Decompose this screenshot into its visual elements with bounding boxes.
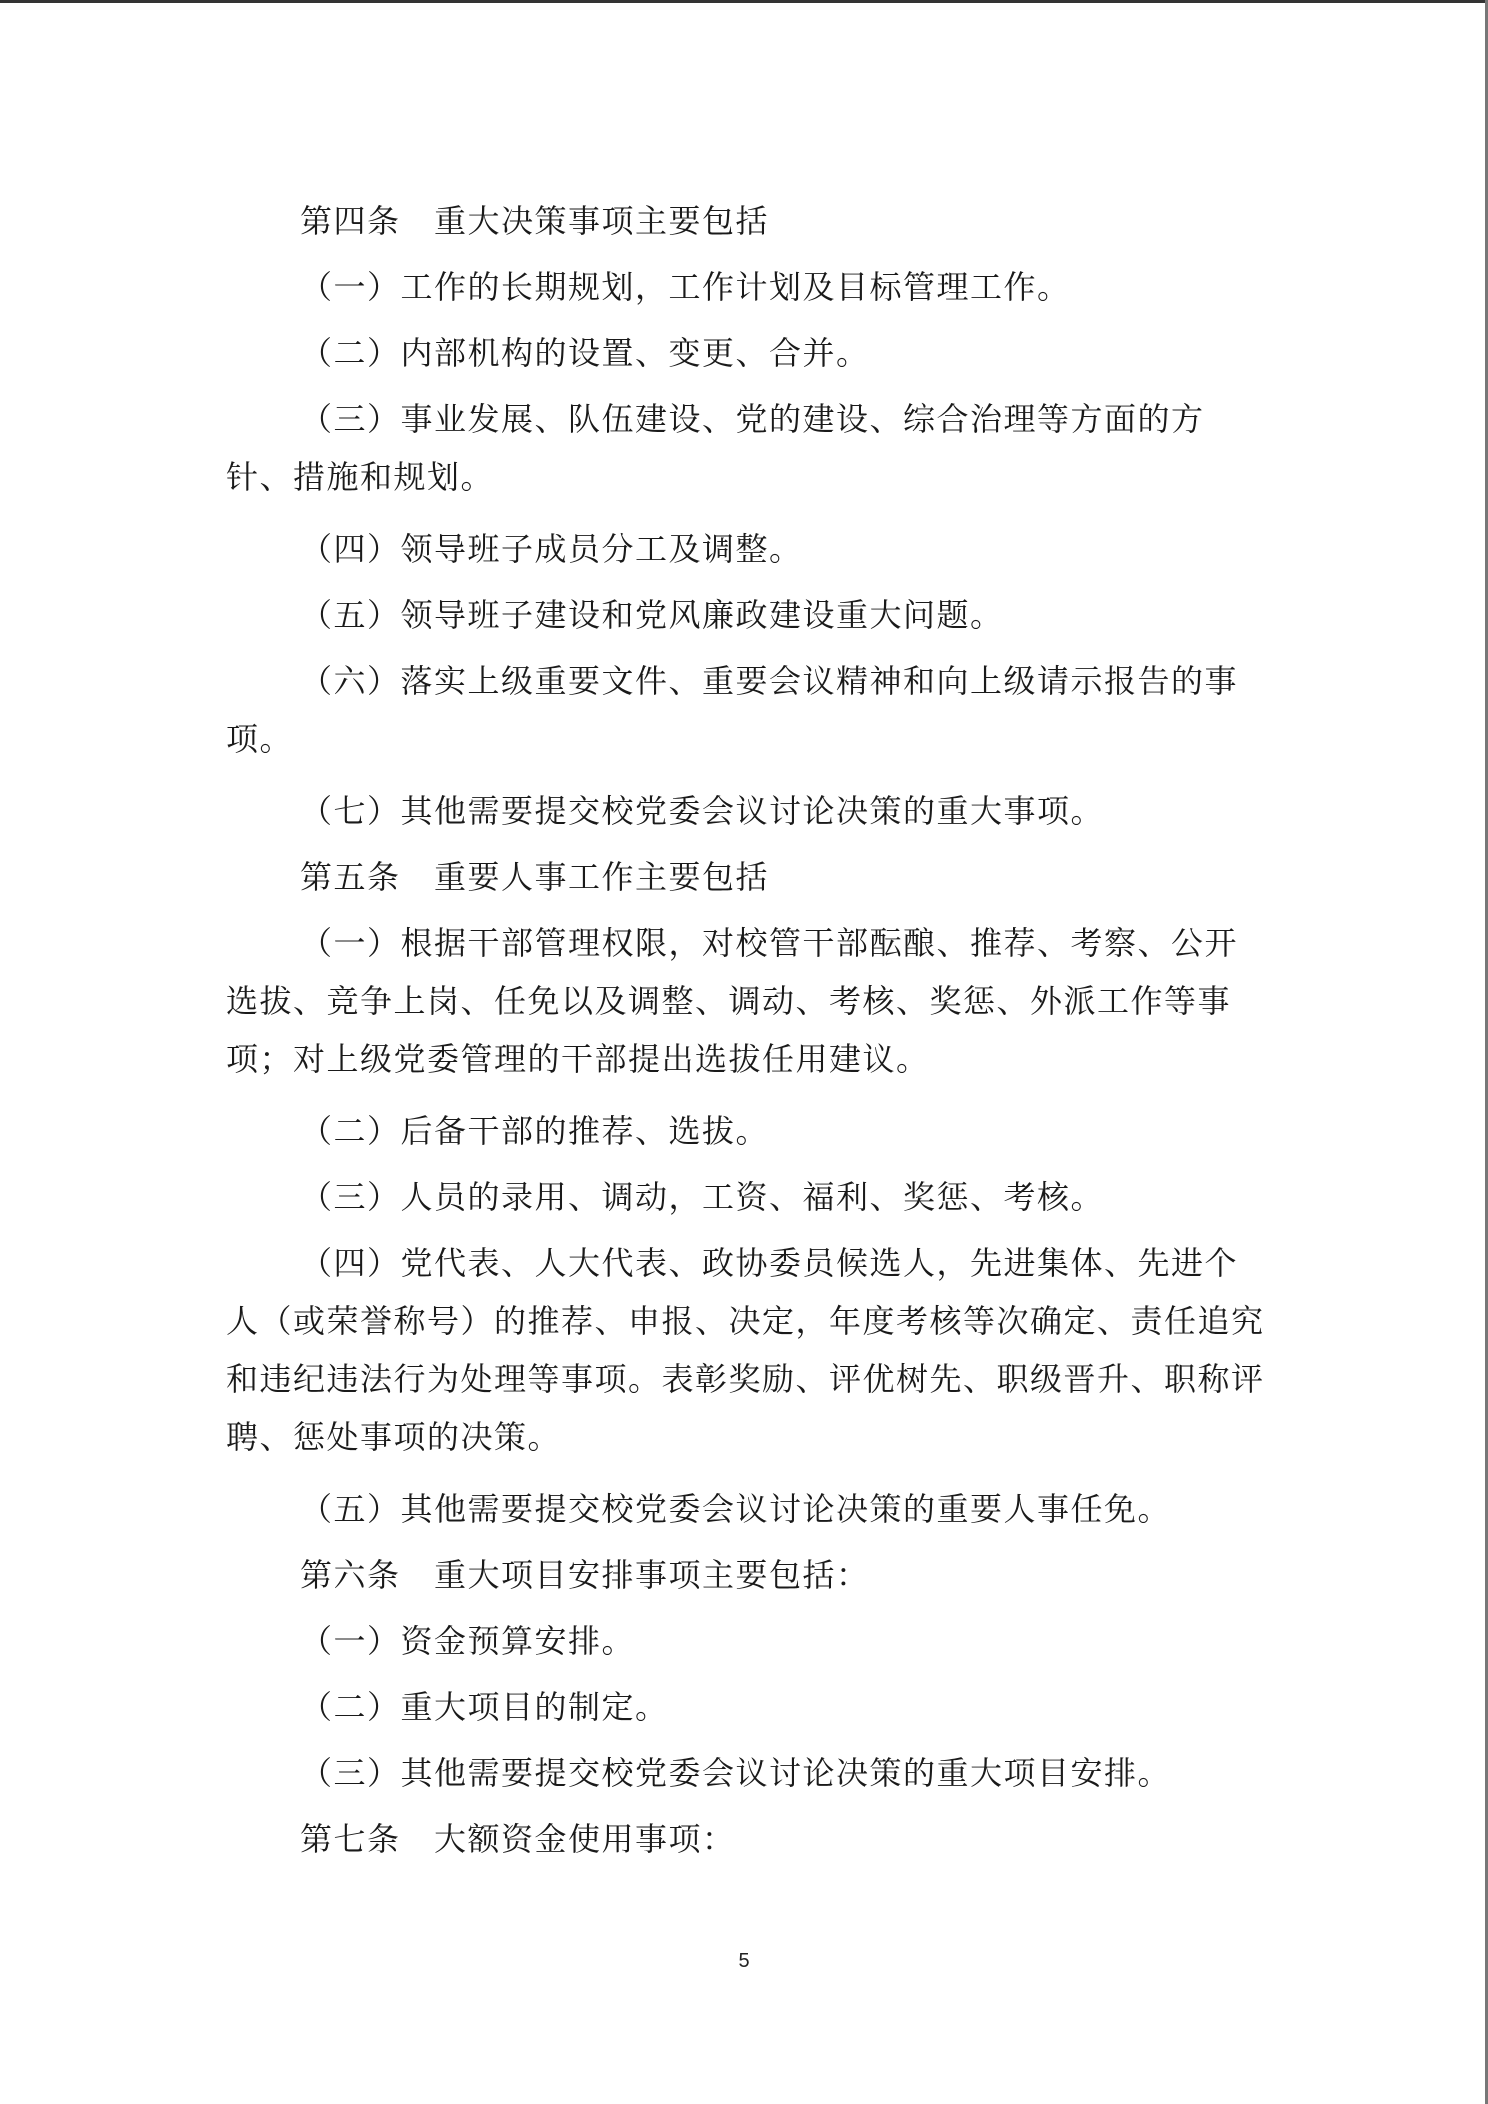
article-5-item-2: （二）后备干部的推荐、选拔。 xyxy=(226,1102,1266,1160)
article-5-item-3: （三）人员的录用、调动，工资、福利、奖惩、考核。 xyxy=(226,1168,1266,1226)
article-5-item-5: （五）其他需要提交校党委会议讨论决策的重要人事任免。 xyxy=(226,1480,1266,1538)
article-4-item-2: （二）内部机构的设置、变更、合并。 xyxy=(226,324,1266,382)
article-4-heading: 第四条 重大决策事项主要包括 xyxy=(226,192,1266,250)
article-4-item-6: （六）落实上级重要文件、重要会议精神和向上级请示报告的事项。 xyxy=(226,652,1266,768)
article-4-item-1: （一）工作的长期规划，工作计划及目标管理工作。 xyxy=(226,258,1266,316)
article-6-item-2: （二）重大项目的制定。 xyxy=(226,1678,1266,1736)
page-number: 5 xyxy=(0,1950,1488,1973)
article-6-item-1: （一）资金预算安排。 xyxy=(226,1612,1266,1670)
page-top-border xyxy=(0,0,1488,3)
article-6-heading: 第六条 重大项目安排事项主要包括： xyxy=(226,1546,1266,1604)
article-6-item-3: （三）其他需要提交校党委会议讨论决策的重大项目安排。 xyxy=(226,1744,1266,1802)
article-4-item-3: （三）事业发展、队伍建设、党的建设、综合治理等方面的方针、措施和规划。 xyxy=(226,390,1266,506)
article-4-item-5: （五）领导班子建设和党风廉政建设重大问题。 xyxy=(226,586,1266,644)
article-5-item-1: （一）根据干部管理权限，对校管干部酝酿、推荐、考察、公开选拔、竞争上岗、任免以及… xyxy=(226,914,1266,1088)
article-4-item-7: （七）其他需要提交校党委会议讨论决策的重大事项。 xyxy=(226,782,1266,840)
article-7-heading: 第七条 大额资金使用事项： xyxy=(226,1810,1266,1868)
document-page: 第四条 重大决策事项主要包括 （一）工作的长期规划，工作计划及目标管理工作。 （… xyxy=(226,192,1266,1868)
article-5-item-4: （四）党代表、人大代表、政协委员候选人，先进集体、先进个人（或荣誉称号）的推荐、… xyxy=(226,1234,1266,1466)
article-4-item-4: （四）领导班子成员分工及调整。 xyxy=(226,520,1266,578)
article-5-heading: 第五条 重要人事工作主要包括 xyxy=(226,848,1266,906)
